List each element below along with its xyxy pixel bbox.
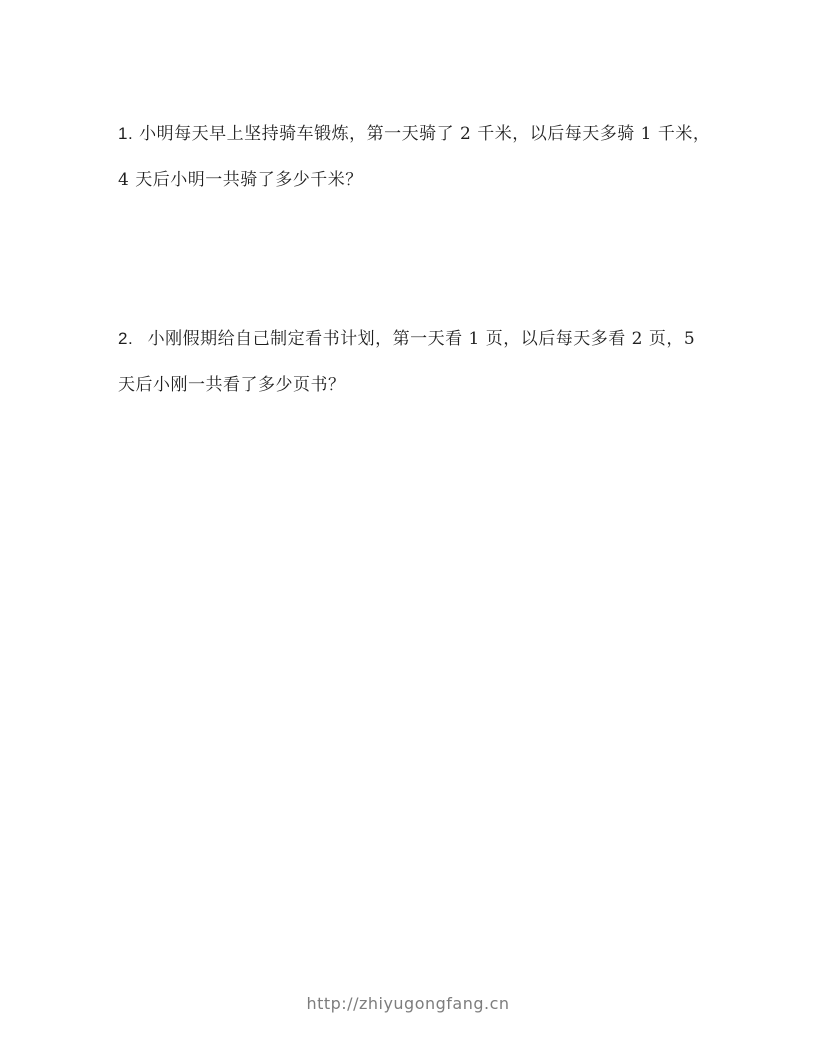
problem-1-text: 小明每天早上坚持骑车锻炼，第一天骑了 2 千米，以后每天多骑 1 千米，4 天后… [118, 124, 710, 190]
problem-1-number: 1. [118, 124, 133, 143]
worksheet-page: 1.小明每天早上坚持骑车锻炼，第一天骑了 2 千米，以后每天多骑 1 千米，4 … [0, 0, 816, 1056]
problem-2-text: 小刚假期给自己制定看书计划，第一天看 1 页，以后每天多看 2 页，5 天后小刚… [118, 329, 695, 395]
footer-url-link[interactable]: http://zhiyugongfang.cn [306, 994, 509, 1013]
page-footer: http://zhiyugongfang.cn [0, 994, 816, 1013]
problem-2: 2.小刚假期给自己制定看书计划，第一天看 1 页，以后每天多看 2 页，5 天后… [118, 316, 716, 408]
problem-1: 1.小明每天早上坚持骑车锻炼，第一天骑了 2 千米，以后每天多骑 1 千米，4 … [118, 111, 716, 203]
problem-2-number: 2. [118, 329, 133, 348]
